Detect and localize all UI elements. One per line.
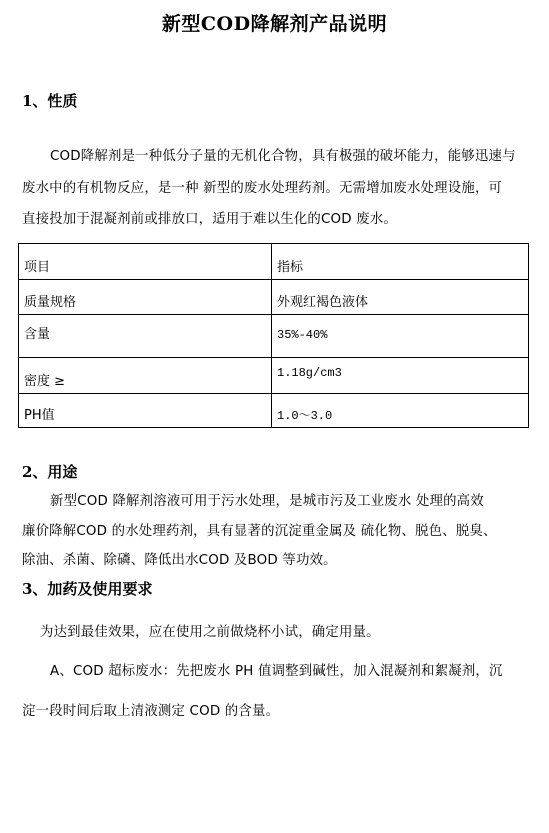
table-cell: 外观红褐色液体 [272, 280, 529, 315]
paragraph-line: COD降解剂是一种低分子量的无机化合物，具有极强的破坏能力，能够迅速与 [50, 147, 516, 167]
table-row: 含量 35%-40% [19, 315, 529, 358]
table-header-cell: 项目 [19, 244, 272, 280]
paragraph-line: 为达到最佳效果，应在使用之前做烧杯小试，确定用量。 [40, 623, 380, 643]
paragraph-line: 直接投加于混凝剂前或排放口，适用于难以生化的COD 废水。 [22, 210, 397, 230]
table-cell: 质量规格 [19, 280, 272, 315]
table-header-row: 项目 指标 [19, 244, 529, 280]
table-cell: 密度 ≥ [19, 358, 272, 394]
section-heading-dosing: 3、加药及使用要求 [22, 578, 152, 600]
table-row: PH值 1.0～3.0 [19, 394, 529, 428]
table-row: 密度 ≥ 1.18g/cm3 [19, 358, 529, 394]
table-cell: PH值 [19, 394, 272, 428]
paragraph-line: 廉价降解COD 的水处理药剂，具有显著的沉淀重金属及 硫化物、脱色、脱臭、 [22, 522, 497, 542]
section-heading-properties: 1、性质 [22, 90, 77, 112]
table-cell: 35%-40% [272, 315, 529, 358]
spec-table: 项目 指标 质量规格 外观红褐色液体 含量 35%-40% 密度 ≥ 1.18g… [18, 243, 529, 428]
section-heading-uses: 2、用途 [22, 461, 77, 483]
table-row: 质量规格 外观红褐色液体 [19, 280, 529, 315]
paragraph-line: 淀一段时间后取上清液测定 COD 的含量。 [22, 702, 279, 722]
table-cell: 含量 [19, 315, 272, 358]
table-header-cell: 指标 [272, 244, 529, 280]
paragraph-line: A、COD 超标废水：先把废水 PH 值调整到碱性，加入混凝剂和絮凝剂，沉 [50, 662, 503, 682]
paragraph-line: 新型COD 降解剂溶液可用于污水处理，是城市污及工业废水 处理的高效 [50, 492, 484, 512]
table-cell: 1.0～3.0 [272, 394, 529, 428]
table-cell: 1.18g/cm3 [272, 358, 529, 394]
paragraph-line: 废水中的有机物反应，是一种 新型的废水处理药剂。无需增加废水处理设施，可 [22, 179, 502, 199]
document-title: 新型COD降解剂产品说明 [0, 10, 549, 38]
paragraph-line: 除油、杀菌、除磷、降低出水COD 及BOD 等功效。 [22, 551, 337, 571]
